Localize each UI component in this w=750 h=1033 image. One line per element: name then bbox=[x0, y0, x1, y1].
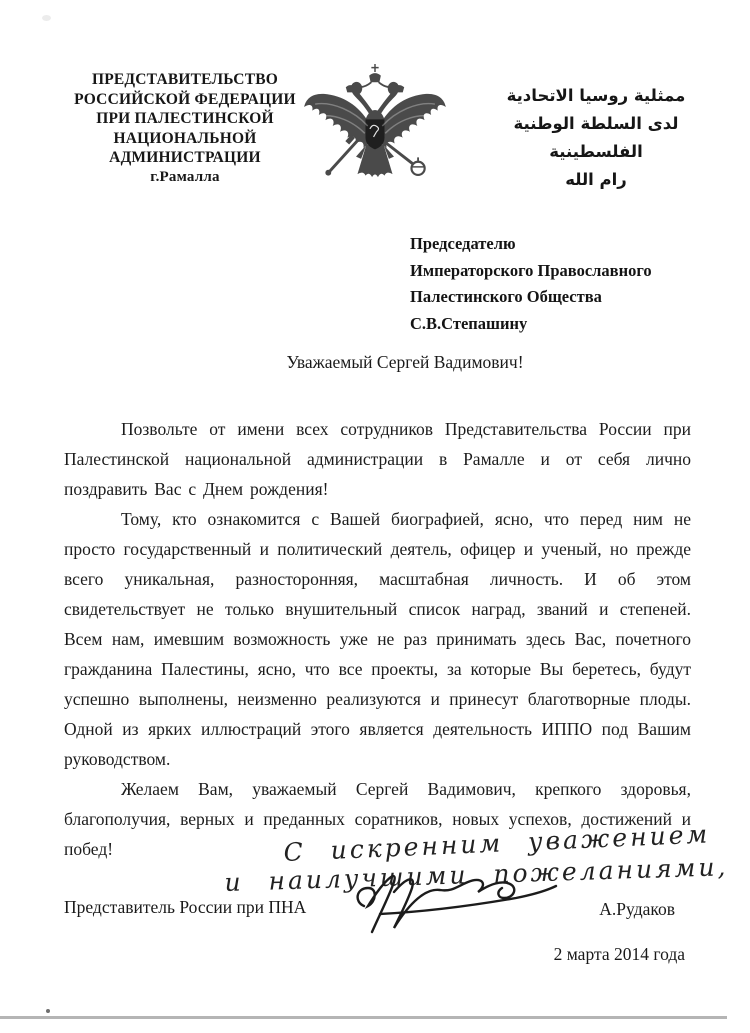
scan-artifact-smudge bbox=[42, 15, 51, 21]
letter-page: ПРЕДСТАВИТЕЛЬСТВО РОССИЙСКОЙ ФЕДЕРАЦИИ П… bbox=[0, 0, 750, 1033]
letterhead-russian: ПРЕДСТАВИТЕЛЬСТВО РОССИЙСКОЙ ФЕДЕРАЦИИ П… bbox=[60, 70, 310, 187]
signature-scrawl bbox=[350, 858, 570, 936]
addressee-block: Председателю Императорского Православног… bbox=[410, 231, 652, 337]
addressee-line: Императорского Православного bbox=[410, 258, 652, 285]
letterhead-arabic-line: رام الله bbox=[470, 166, 722, 194]
letterhead-line: НАЦИОНАЛЬНОЙ bbox=[60, 129, 310, 149]
signer-position: Представитель России при ПНА bbox=[64, 897, 306, 918]
letter-date: 2 марта 2014 года bbox=[554, 944, 685, 965]
body-paragraph: Тому, кто ознакомится с Вашей биографией… bbox=[64, 504, 691, 774]
letterhead-arabic-line: ممثلية روسيا الاتحادية bbox=[470, 82, 722, 110]
letterhead-line: РОССИЙСКОЙ ФЕДЕРАЦИИ bbox=[60, 90, 310, 110]
letterhead-line: ПРИ ПАЛЕСТИНСКОЙ bbox=[60, 109, 310, 129]
signer-name: А.Рудаков bbox=[599, 899, 675, 920]
body-paragraph: Позвольте от имени всех сотрудников Пред… bbox=[64, 414, 691, 504]
salutation: Уважаемый Сергей Вадимович! bbox=[85, 352, 725, 373]
letterhead-city: г.Рамалла bbox=[60, 168, 310, 188]
addressee-line: Председателю bbox=[410, 231, 652, 258]
scan-artifact-line bbox=[0, 1016, 727, 1019]
russian-coat-of-arms-emblem bbox=[302, 50, 448, 202]
scan-artifact-speck bbox=[46, 1009, 50, 1013]
letter-body: Позвольте от имени всех сотрудников Пред… bbox=[64, 414, 691, 864]
letterhead-line: АДМИНИСТРАЦИИ bbox=[60, 148, 310, 168]
letterhead-arabic: ممثلية روسيا الاتحادية لدى السلطة الوطني… bbox=[470, 82, 722, 194]
letterhead-line: ПРЕДСТАВИТЕЛЬСТВО bbox=[60, 70, 310, 90]
addressee-line: Палестинского Общества bbox=[410, 284, 652, 311]
addressee-line: С.В.Степашину bbox=[410, 311, 652, 338]
letterhead-arabic-line: لدى السلطة الوطنية الفلسطينية bbox=[470, 110, 722, 166]
